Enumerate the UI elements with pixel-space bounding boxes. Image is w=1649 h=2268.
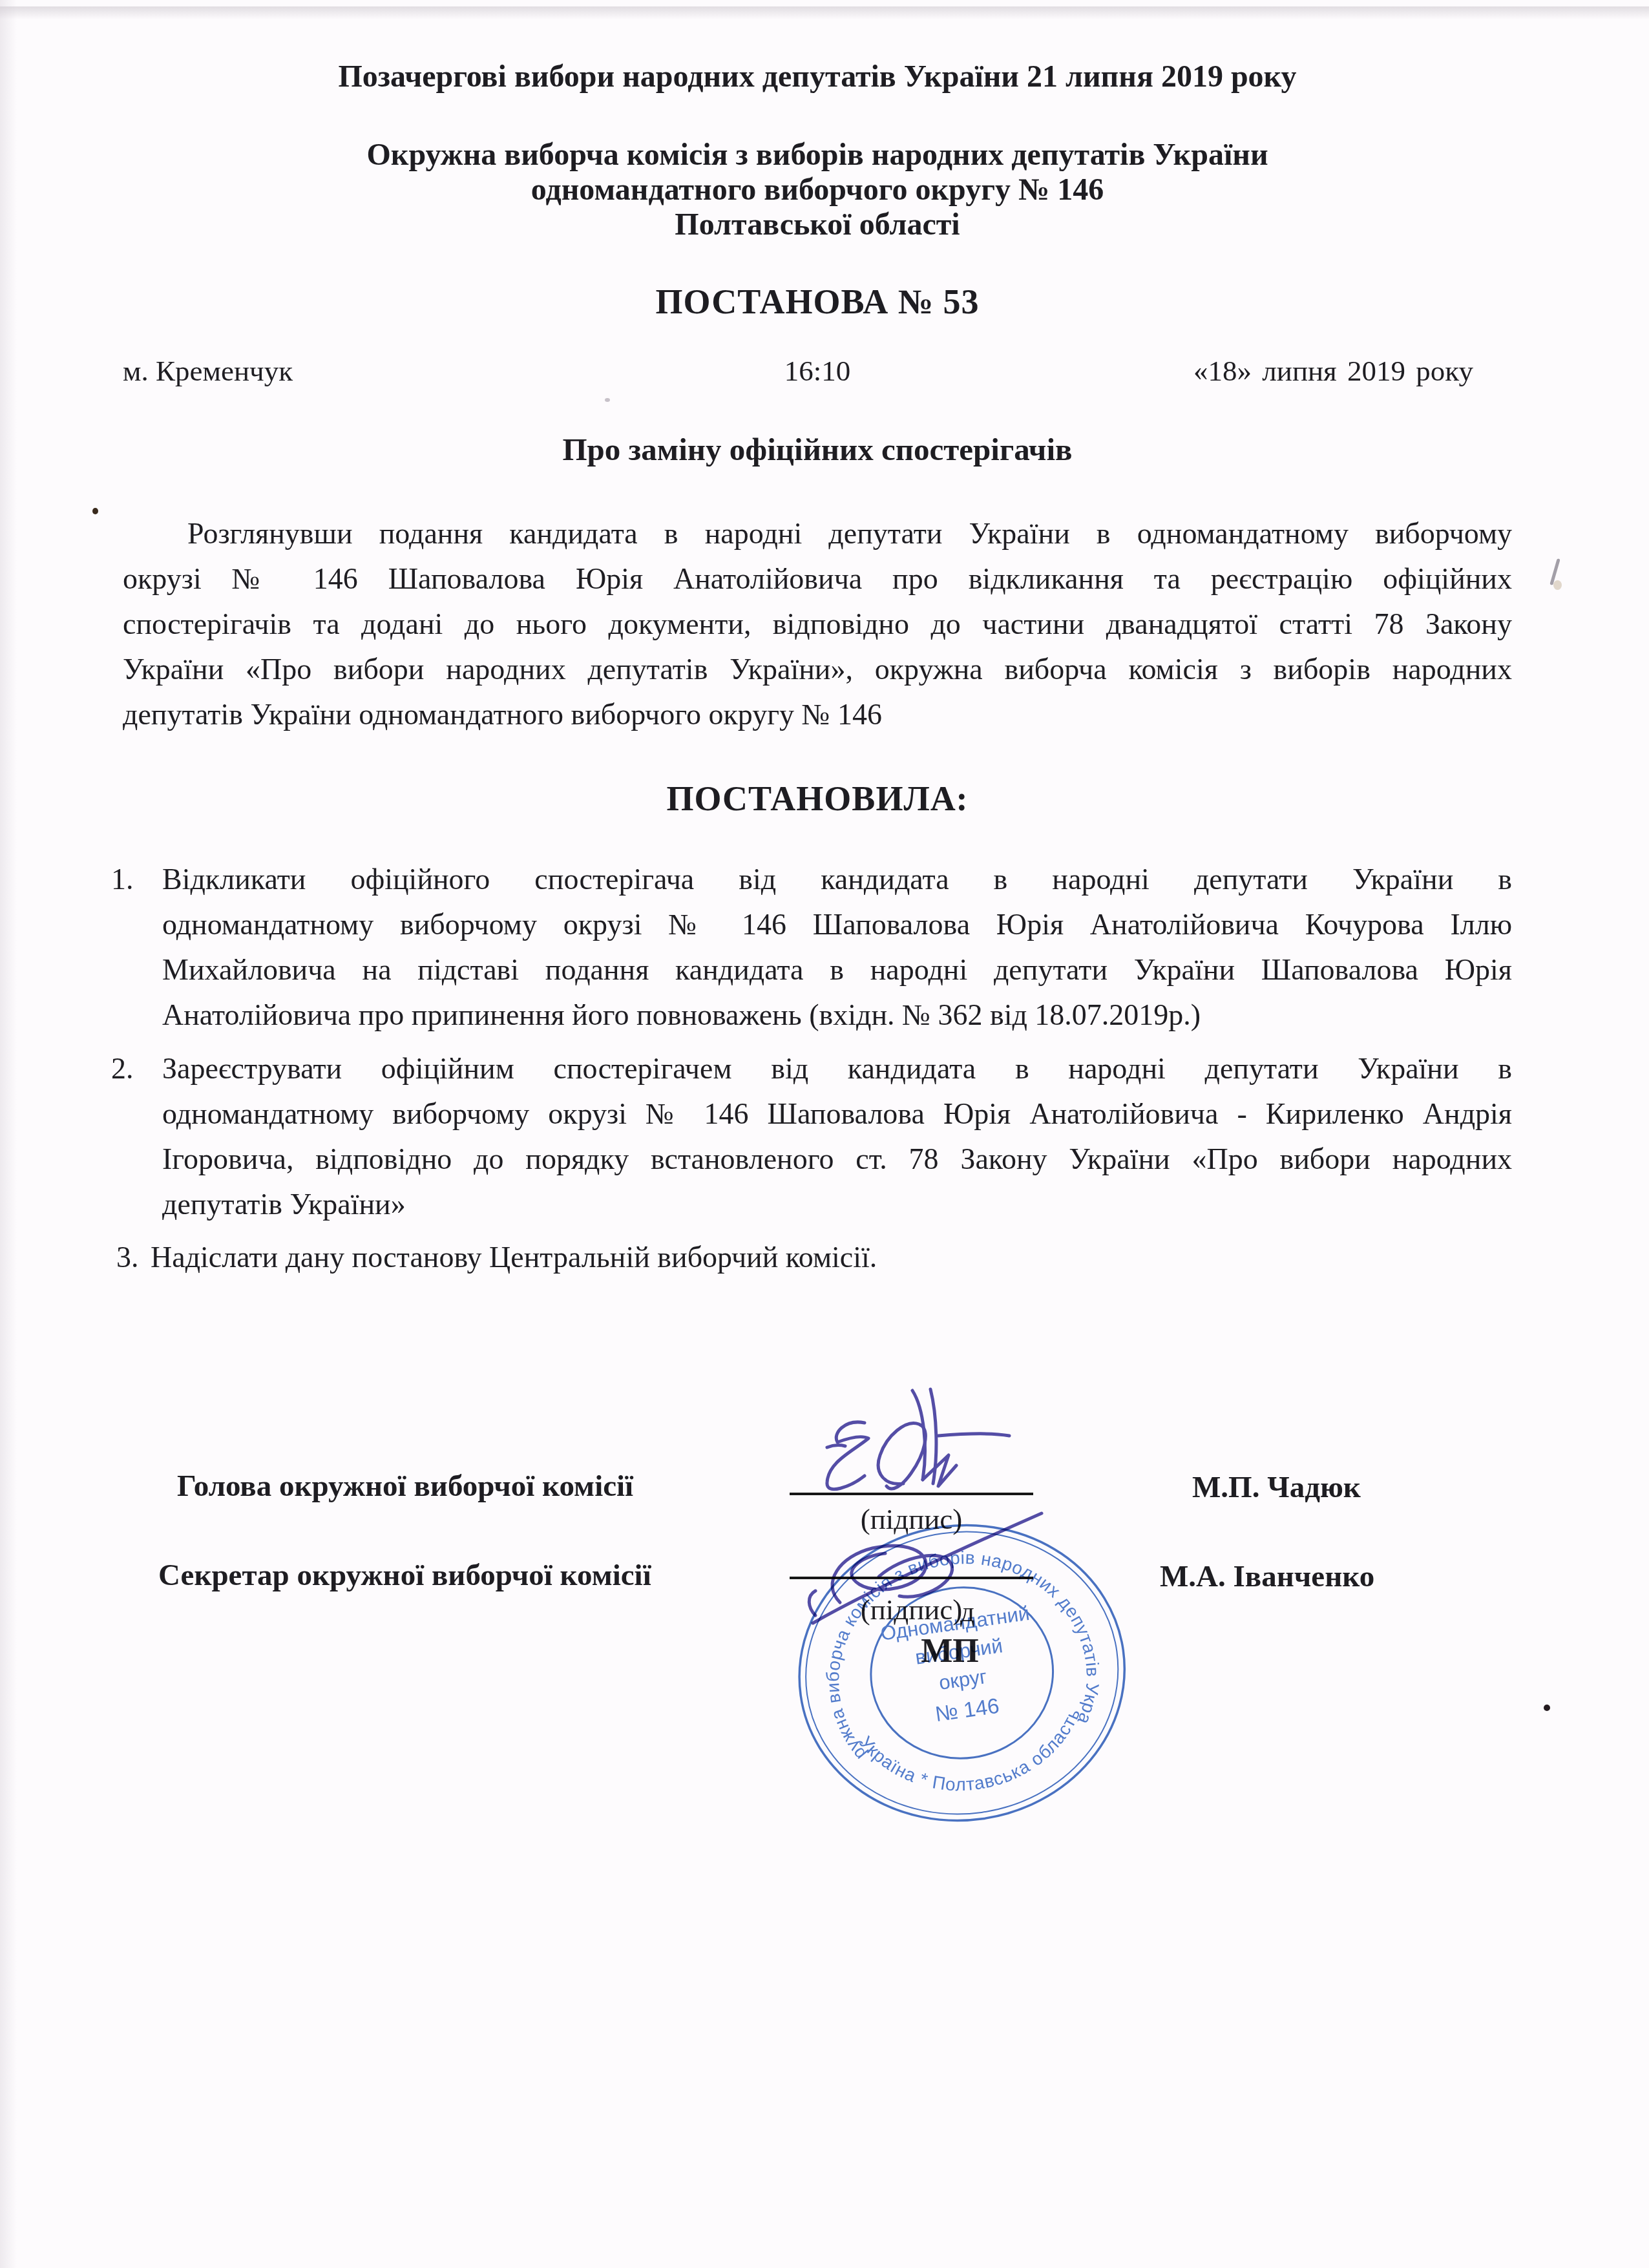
list-item-2-number: 2.	[111, 1046, 162, 1227]
resolution-title: ПОСТАНОВА № 53	[123, 282, 1512, 321]
commission-line-2: одномандатного виборчого округу № 146	[123, 173, 1512, 207]
preamble-line: депутатів України одномандатного виборчо…	[123, 692, 1512, 737]
head-signature-squiggle	[827, 1389, 1009, 1489]
signature-block: Голова окружної виборчої комісії (підпис…	[0, 1389, 1649, 2132]
subject-line: Про заміну офіційних спостерігачів	[123, 432, 1512, 468]
list-item-line: Михайловича на підставі подання кандидат…	[162, 947, 1512, 992]
list-item-line: Ігоровича, відповідно до порядку встанов…	[162, 1137, 1512, 1182]
list-item-line: одномандатному виборчому окрузі № 146 Ша…	[162, 902, 1512, 947]
list-item-line: Надіслати дану постанову Центральній виб…	[151, 1235, 1517, 1280]
list-item-3: 3. Надіслати дану постанову Центральній …	[116, 1235, 1517, 1280]
preamble-line: окрузі № 146 Шаповалова Юрія Анатолійови…	[123, 556, 1512, 602]
list-item-2: 2. Зареєструвати офіційним спостерігачем…	[111, 1046, 1512, 1227]
ink-speck	[605, 398, 610, 402]
stamp-center-line-3: округ	[938, 1665, 989, 1694]
list-item-1: 1. Відкликати офіційного спостерігача ві…	[111, 857, 1512, 1038]
signature-role-secretary: Секретар окружної виборчої комісії	[158, 1557, 651, 1593]
stamp-center-line-2: виборчий	[914, 1634, 1004, 1669]
scan-edge-smudge	[1553, 580, 1562, 590]
preamble-line: спостерігачів та додані до нього докумен…	[123, 602, 1512, 647]
list-item-line: Зареєструвати офіційним спостерігачем ві…	[162, 1046, 1512, 1091]
preamble-line: Розглянувши подання кандидата в народні …	[123, 511, 1512, 556]
signature-name-head: М.П. Чадюк	[1192, 1469, 1361, 1506]
list-item-3-number: 3.	[116, 1235, 151, 1280]
ink-speck	[1544, 1705, 1550, 1711]
list-item-2-text: Зареєструвати офіційним спостерігачем ві…	[162, 1046, 1512, 1227]
list-item-1-text: Відкликати офіційного спостерігача від к…	[162, 857, 1512, 1038]
preamble-line: України «Про вибори народних депутатів У…	[123, 647, 1512, 692]
commission-heading: Окружна виборча комісія з виборів народн…	[123, 138, 1512, 242]
election-title: Позачергові вибори народних депутатів Ук…	[123, 59, 1512, 94]
scan-top-edge-artifact	[0, 6, 1649, 19]
round-blue-stamp: Окружна виборча комісія з виборів народн…	[774, 1500, 1150, 1848]
list-item-3-text: Надіслати дану постанову Центральній виб…	[151, 1235, 1517, 1280]
stamp-center-line-4: № 146	[934, 1694, 1001, 1727]
list-item-line: Анатолійовича про припинення його повнов…	[162, 992, 1512, 1038]
commission-line-3: Полтавської області	[123, 207, 1512, 242]
scanned-document-page: Позачергові вибори народних депутатів Ук…	[0, 0, 1649, 2268]
list-item-line: депутатів України»	[162, 1182, 1512, 1227]
stamp-center-line-1: Одномандатний	[879, 1602, 1031, 1645]
signature-role-head: Голова окружної виборчої комісії	[177, 1468, 633, 1504]
list-item-1-number: 1.	[111, 857, 162, 1038]
ink-speck	[92, 508, 98, 514]
list-item-line: одномандатному виборчому окрузі № 146 Ша…	[162, 1091, 1512, 1137]
meta-date: «18» липня 2019 року	[1193, 354, 1473, 388]
commission-line-1: Окружна виборча комісія з виборів народн…	[123, 138, 1512, 173]
list-item-line: Відкликати офіційного спостерігача від к…	[162, 857, 1512, 902]
preamble-paragraph: Розглянувши подання кандидата в народні …	[123, 511, 1512, 737]
resolved-heading: ПОСТАНОВИЛА:	[123, 779, 1512, 818]
meta-row: м. Кременчук 16:10 «18» липня 2019 року	[123, 354, 1512, 388]
signature-name-secretary: М.А. Іванченко	[1160, 1559, 1374, 1595]
